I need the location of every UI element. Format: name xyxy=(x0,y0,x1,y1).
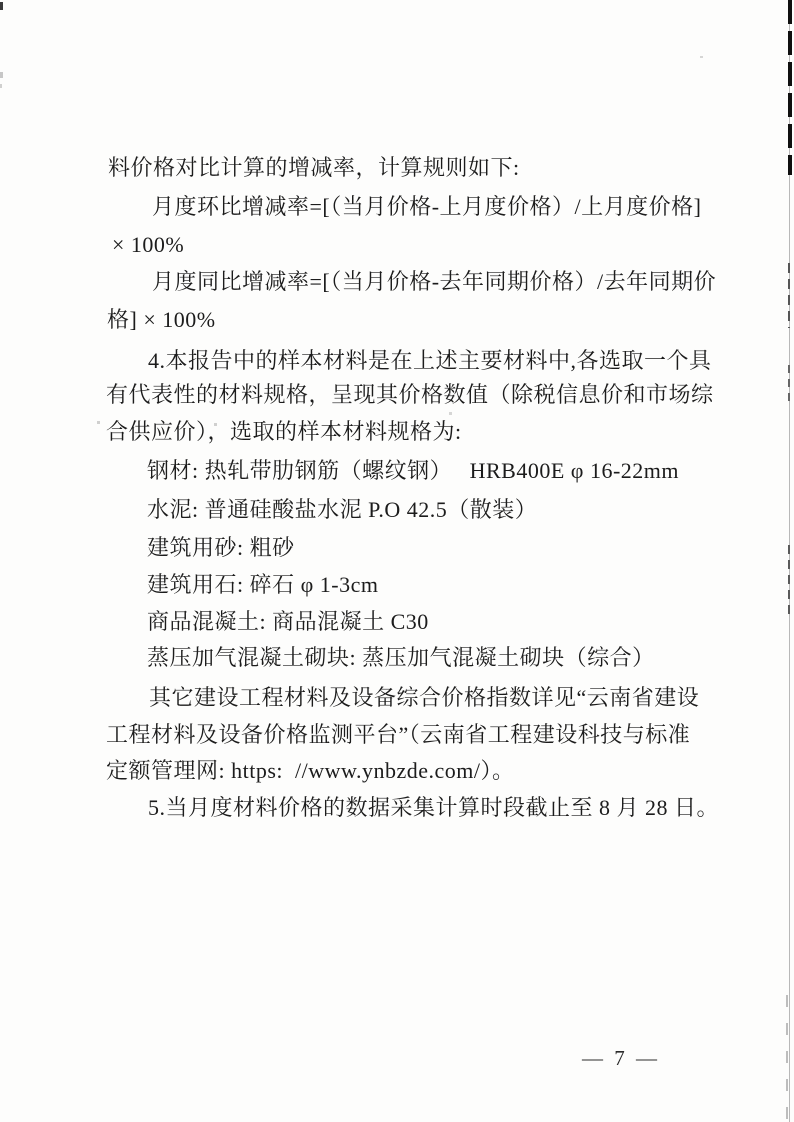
scan-speck xyxy=(0,84,2,88)
scan-right-edge-dash xyxy=(788,365,790,405)
formula-yoy-line: 月度同比增减率=[（当月价格-去年同期价格）/去年同期价 xyxy=(152,267,716,297)
note4-line-3: 合供应价），选取的样本材料规格为: xyxy=(106,417,462,447)
other-materials-line-1: 其它建设工程材料及设备综合价格指数详见“云南省建设 xyxy=(149,683,699,713)
scan-speck xyxy=(214,423,217,426)
scan-right-edge-dash xyxy=(788,263,790,328)
page-number: — 7 — xyxy=(582,1046,660,1071)
scan-right-edge-dash xyxy=(788,545,790,615)
scan-corner-mark xyxy=(0,2,3,10)
scan-speck xyxy=(700,56,703,58)
scan-right-edge-dark-band xyxy=(788,0,792,175)
sample-sand-line: 建筑用砂: 粗砂 xyxy=(147,533,295,563)
scan-speck xyxy=(0,72,3,78)
sample-stone-line: 建筑用石: 碎石 φ 1-3cm xyxy=(147,570,379,600)
scan-speck xyxy=(97,421,100,424)
note4-line-2: 有代表性的材料规格，呈现其价格数值（除税信息价和市场综 xyxy=(106,380,714,410)
note5-line: 5.当月度材料价格的数据采集计算时段截止至 8 月 28 日。 xyxy=(148,793,719,823)
scanned-document-page: 料价格对比计算的增减率，计算规则如下: 月度环比增减率=[（当月价格-上月度价格… xyxy=(0,0,794,1122)
formula-mom-line: 月度环比增减率=[（当月价格-上月度价格）/上月度价格] xyxy=(152,192,702,222)
sample-aac-block-line: 蒸压加气混凝土砌块: 蒸压加气混凝土砌块（综合） xyxy=(147,643,655,673)
formula-mom-percent-line: × 100% xyxy=(112,230,184,260)
note4-line-1: 4.本报告中的样本材料是在上述主要材料中,各选取一个具 xyxy=(148,346,712,376)
other-materials-line-3: 定额管理网: https: //www.ynbzde.com/）。 xyxy=(106,756,515,786)
formula-yoy-percent-line: 格] × 100% xyxy=(107,305,216,335)
scan-speck xyxy=(449,412,452,415)
sample-concrete-line: 商品混凝土: 商品混凝土 C30 xyxy=(147,607,429,637)
other-materials-line-2: 工程材料及设备价格监测平台”（云南省工程建设科技与标准 xyxy=(106,720,690,750)
sample-steel-line: 钢材: 热轧带肋钢筋（螺纹钢） HRB400E φ 16-22mm xyxy=(147,456,679,486)
sample-cement-line: 水泥: 普通硅酸盐水泥 P.O 42.5（散装） xyxy=(147,495,537,525)
paragraph-continuation-line: 料价格对比计算的增减率，计算规则如下: xyxy=(108,153,520,183)
scan-right-edge-dash-light xyxy=(786,995,788,1122)
